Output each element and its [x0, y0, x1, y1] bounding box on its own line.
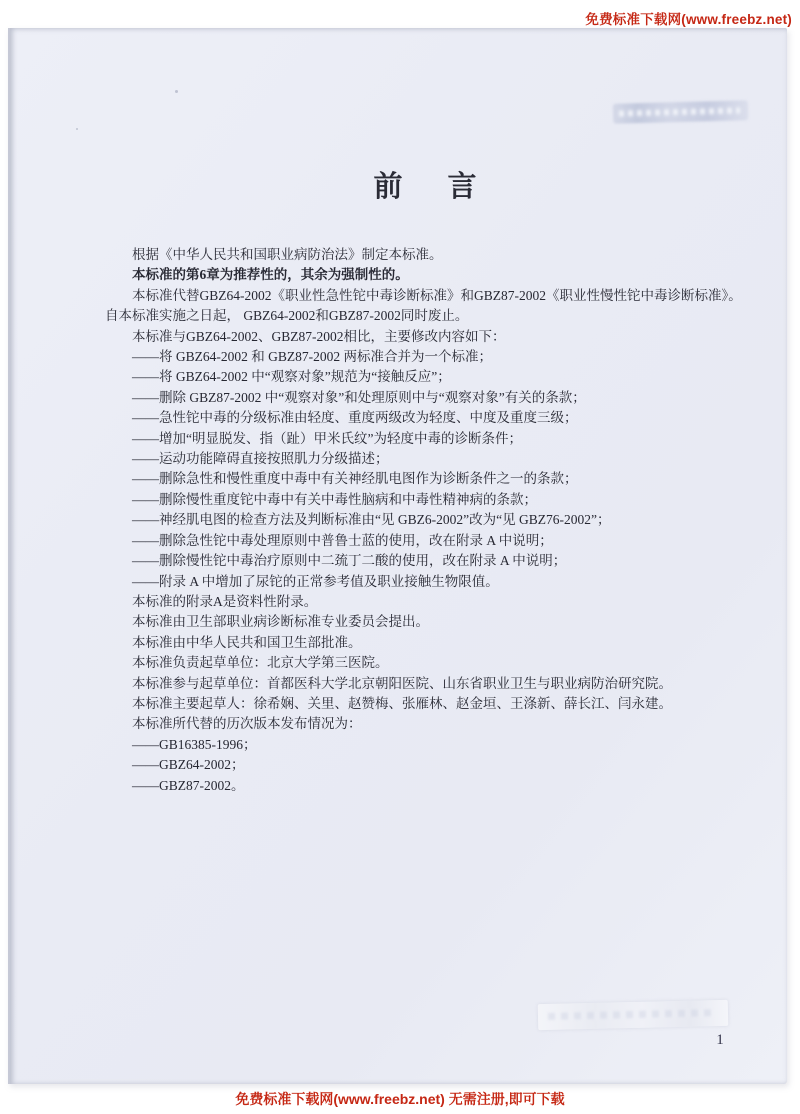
text-line: 根据《中华人民共和国职业病防治法》制定本标准。 [105, 245, 750, 265]
faded-stamp-smudge [613, 100, 748, 124]
scan-speck [76, 128, 78, 130]
text-line: ——删除 GBZ87-2002 中“观察对象”和处理原则中与“观察对象”有关的条… [105, 388, 750, 408]
watermark-bottom: 免费标准下载网(www.freebz.net) 无需注册,即可下载 [0, 1089, 800, 1109]
text-line: 本标准所代替的历次版本发布情况为： [105, 714, 750, 734]
text-line: ——删除急性和慢性重度中毒中有关神经肌电图作为诊断条件之一的条款； [105, 469, 750, 489]
text-line: 本标准负责起草单位：北京大学第三医院。 [105, 653, 750, 673]
text-line: ——删除慢性重度铊中毒中有关中毒性脑病和中毒性精神病的条款； [105, 490, 750, 510]
page-title: 前言 [105, 164, 745, 205]
page-number: 1 [710, 1032, 730, 1049]
text-line: 本标准代替GBZ64-2002《职业性急性铊中毒诊断标准》和GBZ87-2002… [105, 286, 750, 306]
text-line: 本标准参与起草单位：首都医科大学北京朝阳医院、山东省职业卫生与职业病防治研究院。 [105, 674, 750, 694]
text-line: 本标准主要起草人：徐希娴、关里、赵赞梅、张雁林、赵金垣、王涤新、薛长江、闫永建。 [105, 694, 750, 714]
text-line: 本标准由中华人民共和国卫生部批准。 [105, 633, 750, 653]
text-line: 自本标准实施之日起， GBZ64-2002和GBZ87-2002同时废止。 [105, 306, 750, 326]
text-line: 本标准与GBZ64-2002、GBZ87-2002相比，主要修改内容如下： [105, 327, 750, 347]
text-line: 本标准的第6章为推荐性的，其余为强制性的。 [105, 265, 750, 285]
text-line: ——将 GBZ64-2002 中“观察对象”规范为“接触反应”； [105, 367, 750, 387]
text-line: ——急性铊中毒的分级标准由轻度、重度两级改为轻度、中度及重度三级； [105, 408, 750, 428]
body-text: 根据《中华人民共和国职业病防治法》制定本标准。本标准的第6章为推荐性的，其余为强… [105, 245, 750, 796]
text-line: ——将 GBZ64-2002 和 GBZ87-2002 两标准合并为一个标准； [105, 347, 750, 367]
text-line: ——增加“明显脱发、指（趾）甲米氏纹”为轻度中毒的诊断条件； [105, 429, 750, 449]
text-line: ——GBZ64-2002； [105, 755, 750, 775]
whiteout-smudge [538, 1000, 729, 1030]
paper-sheet: 前言 根据《中华人民共和国职业病防治法》制定本标准。本标准的第6章为推荐性的，其… [8, 28, 787, 1084]
text-line: ——附录 A 中增加了尿铊的正常参考值及职业接触生物限值。 [105, 572, 750, 592]
text-line: ——删除急性铊中毒处理原则中普鲁士蓝的使用，改在附录 A 中说明； [105, 531, 750, 551]
text-line: ——运动功能障碍直接按照肌力分级描述； [105, 449, 750, 469]
scanned-document-page: 免费标准下载网(www.freebz.net) 前言 根据《中华人民共和国职业病… [0, 0, 800, 1114]
text-line: ——GB16385-1996； [105, 735, 750, 755]
text-line: ——GBZ87-2002。 [105, 776, 750, 796]
text-line: 本标准由卫生部职业病诊断标准专业委员会提出。 [105, 612, 750, 632]
watermark-top: 免费标准下载网(www.freebz.net) [585, 8, 792, 28]
text-line: ——神经肌电图的检查方法及判断标准由“见 GBZ6-2002”改为“见 GBZ7… [105, 510, 750, 530]
text-line: 本标准的附录A是资料性附录。 [105, 592, 750, 612]
scan-speck [175, 90, 178, 93]
text-line: ——删除慢性铊中毒治疗原则中二巯丁二酸的使用，改在附录 A 中说明； [105, 551, 750, 571]
